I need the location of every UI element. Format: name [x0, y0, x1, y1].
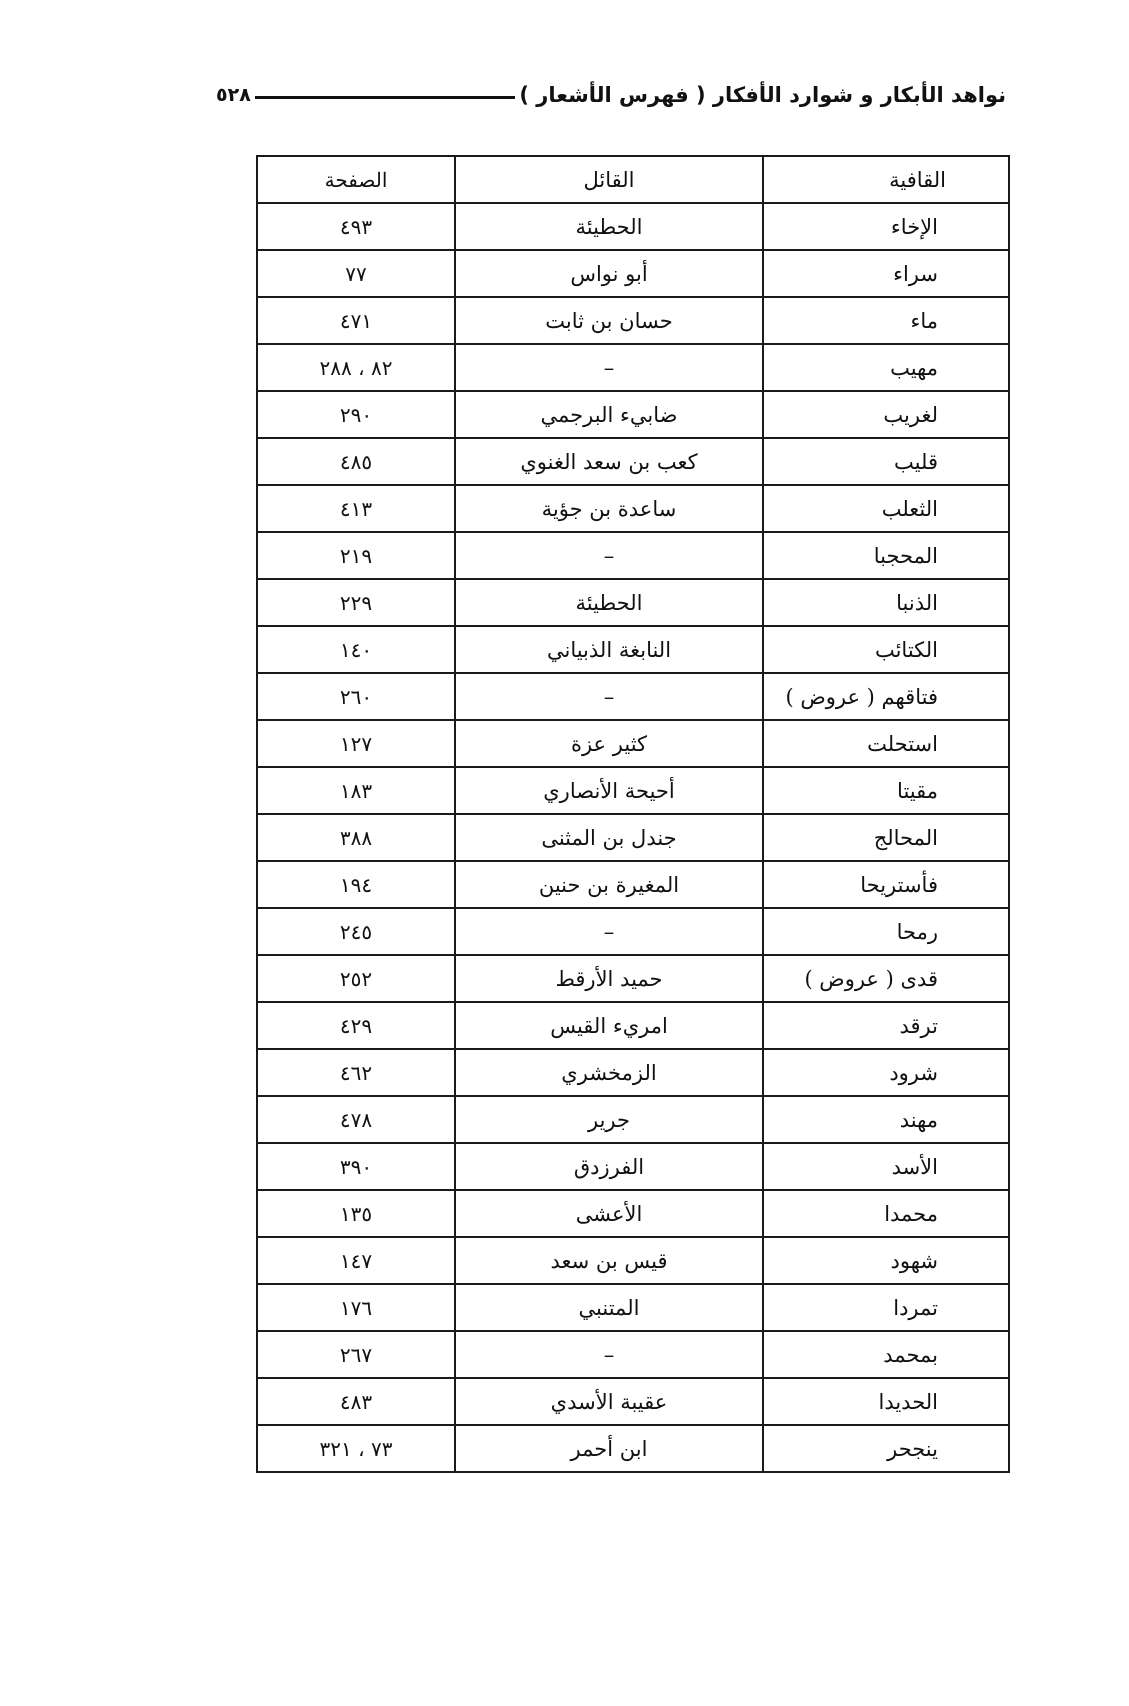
running-head-rule — [255, 96, 516, 99]
rhyme-cell: المحجبا — [763, 532, 1009, 579]
poet-cell: عقيبة الأسدي — [455, 1378, 763, 1425]
rhyme-cell: شهود — [763, 1237, 1009, 1284]
poet-cell: حسان بن ثابت — [455, 297, 763, 344]
table-row: ماءحسان بن ثابت٤٧١ — [257, 297, 1009, 344]
rhyme-cell: ترقد — [763, 1002, 1009, 1049]
rhyme-cell: مهند — [763, 1096, 1009, 1143]
table-row: محمداالأعشى١٣٥ — [257, 1190, 1009, 1237]
page-cell: ٢٢٩ — [257, 579, 455, 626]
rhyme-cell: بمحمد — [763, 1331, 1009, 1378]
poet-cell: ساعدة بن جؤية — [455, 485, 763, 532]
page-cell: ٤٩٣ — [257, 203, 455, 250]
poet-cell: النابغة الذبياني — [455, 626, 763, 673]
rhyme-cell: شرود — [763, 1049, 1009, 1096]
poet-cell: – — [455, 908, 763, 955]
table-row: ينجحرابن أحمر٧٣ ، ٣٢١ — [257, 1425, 1009, 1472]
table-row: الثعلبساعدة بن جؤية٤١٣ — [257, 485, 1009, 532]
poet-cell: المتنبي — [455, 1284, 763, 1331]
poet-cell: الأعشى — [455, 1190, 763, 1237]
table-row: فأستريحاالمغيرة بن حنين١٩٤ — [257, 861, 1009, 908]
rhyme-cell: مهيب — [763, 344, 1009, 391]
page-cell: ٢٤٥ — [257, 908, 455, 955]
table-row: تمرداالمتنبي١٧٦ — [257, 1284, 1009, 1331]
page-cell: ١٧٦ — [257, 1284, 455, 1331]
poet-cell: الزمخشري — [455, 1049, 763, 1096]
rhyme-cell: محمدا — [763, 1190, 1009, 1237]
running-head: نواهد الأبكار و شوارد الأفكار ( فهرس الأ… — [216, 78, 1006, 112]
table-header-row: القافية القائل الصفحة — [257, 156, 1009, 203]
poet-cell: كثير عزة — [455, 720, 763, 767]
table-row: مهندجرير٤٧٨ — [257, 1096, 1009, 1143]
table-row: ترقدامريء القيس٤٢٩ — [257, 1002, 1009, 1049]
table-row: الأسدالفرزدق٣٩٠ — [257, 1143, 1009, 1190]
page-cell: ١٩٤ — [257, 861, 455, 908]
rhyme-cell: الثعلب — [763, 485, 1009, 532]
poet-cell: – — [455, 673, 763, 720]
rhyme-cell: الكتائب — [763, 626, 1009, 673]
table-row: بمحمد–٢٦٧ — [257, 1331, 1009, 1378]
running-head-title: نواهد الأبكار و شوارد الأفكار ( فهرس الأ… — [519, 83, 1006, 107]
poet-cell: الفرزدق — [455, 1143, 763, 1190]
page-cell: ٤٧١ — [257, 297, 455, 344]
page-cell: ٤٨٥ — [257, 438, 455, 485]
table-row: قدى ( عروض )حميد الأرقط٢٥٢ — [257, 955, 1009, 1002]
rhyme-cell: رمحا — [763, 908, 1009, 955]
page-cell: ١٨٣ — [257, 767, 455, 814]
poet-cell: ضابيء البرجمي — [455, 391, 763, 438]
page-cell: ١٤٧ — [257, 1237, 455, 1284]
page-cell: ١٢٧ — [257, 720, 455, 767]
rhyme-cell: سراء — [763, 250, 1009, 297]
table-row: الذنباالحطيئة٢٢٩ — [257, 579, 1009, 626]
poet-cell: أحيحة الأنصاري — [455, 767, 763, 814]
poet-cell: الحطيئة — [455, 579, 763, 626]
table-row: فتاقهم ( عروض )–٢٦٠ — [257, 673, 1009, 720]
table-row: مقيتاأحيحة الأنصاري١٨٣ — [257, 767, 1009, 814]
page-cell: ٨٢ ، ٢٨٨ — [257, 344, 455, 391]
page-cell: ١٤٠ — [257, 626, 455, 673]
rhyme-cell: لغريب — [763, 391, 1009, 438]
table-row: سراءأبو نواس٧٧ — [257, 250, 1009, 297]
poet-cell: – — [455, 344, 763, 391]
page-cell: ٣٨٨ — [257, 814, 455, 861]
rhyme-cell: فأستريحا — [763, 861, 1009, 908]
table-row: لغريبضابيء البرجمي٢٩٠ — [257, 391, 1009, 438]
page-cell: ٢٩٠ — [257, 391, 455, 438]
page-cell: ٢٦٠ — [257, 673, 455, 720]
poet-cell: قيس بن سعد — [455, 1237, 763, 1284]
header-poet: القائل — [455, 156, 763, 203]
table-row: شرودالزمخشري٤٦٢ — [257, 1049, 1009, 1096]
table-body: الإخاءالحطيئة٤٩٣سراءأبو نواس٧٧ماءحسان بن… — [257, 203, 1009, 1472]
page-cell: ١٣٥ — [257, 1190, 455, 1237]
poet-cell: ابن أحمر — [455, 1425, 763, 1472]
rhyme-cell: المحالج — [763, 814, 1009, 861]
rhyme-cell: مقيتا — [763, 767, 1009, 814]
table-row: المحالججندل بن المثنى٣٨٨ — [257, 814, 1009, 861]
page-cell: ٢١٩ — [257, 532, 455, 579]
rhyme-cell: قليب — [763, 438, 1009, 485]
poet-cell: كعب بن سعد الغنوي — [455, 438, 763, 485]
rhyme-cell: الذنبا — [763, 579, 1009, 626]
page-cell: ٤١٣ — [257, 485, 455, 532]
table-row: شهودقيس بن سعد١٤٧ — [257, 1237, 1009, 1284]
table-row: المحجبا–٢١٩ — [257, 532, 1009, 579]
table-row: مهيب–٨٢ ، ٢٨٨ — [257, 344, 1009, 391]
poet-cell: امريء القيس — [455, 1002, 763, 1049]
rhyme-cell: قدى ( عروض ) — [763, 955, 1009, 1002]
table-row: الحديداعقيبة الأسدي٤٨٣ — [257, 1378, 1009, 1425]
page-cell: ٤٧٨ — [257, 1096, 455, 1143]
page-number: ٥٢٨ — [216, 84, 251, 106]
table-row: الإخاءالحطيئة٤٩٣ — [257, 203, 1009, 250]
table-row: الكتائبالنابغة الذبياني١٤٠ — [257, 626, 1009, 673]
rhyme-cell: الحديدا — [763, 1378, 1009, 1425]
poet-cell: حميد الأرقط — [455, 955, 763, 1002]
rhyme-cell: الإخاء — [763, 203, 1009, 250]
poet-cell: جندل بن المثنى — [455, 814, 763, 861]
poet-cell: – — [455, 532, 763, 579]
table-row: قليبكعب بن سعد الغنوي٤٨٥ — [257, 438, 1009, 485]
rhyme-cell: ماء — [763, 297, 1009, 344]
rhyme-cell: ينجحر — [763, 1425, 1009, 1472]
page-cell: ٢٦٧ — [257, 1331, 455, 1378]
header-rhyme: القافية — [763, 156, 1009, 203]
poet-cell: المغيرة بن حنين — [455, 861, 763, 908]
table-row: استحلتكثير عزة١٢٧ — [257, 720, 1009, 767]
table-row: رمحا–٢٤٥ — [257, 908, 1009, 955]
rhyme-cell: فتاقهم ( عروض ) — [763, 673, 1009, 720]
page-cell: ٤٦٢ — [257, 1049, 455, 1096]
poet-cell: – — [455, 1331, 763, 1378]
poet-cell: أبو نواس — [455, 250, 763, 297]
page-cell: ٧٧ — [257, 250, 455, 297]
header-page: الصفحة — [257, 156, 455, 203]
poetry-index-table: القافية القائل الصفحة الإخاءالحطيئة٤٩٣سر… — [256, 155, 1010, 1473]
rhyme-cell: تمردا — [763, 1284, 1009, 1331]
page-cell: ٤٢٩ — [257, 1002, 455, 1049]
poet-cell: الحطيئة — [455, 203, 763, 250]
page-cell: ٤٨٣ — [257, 1378, 455, 1425]
page-cell: ٢٥٢ — [257, 955, 455, 1002]
page-cell: ٣٩٠ — [257, 1143, 455, 1190]
rhyme-cell: استحلت — [763, 720, 1009, 767]
poet-cell: جرير — [455, 1096, 763, 1143]
rhyme-cell: الأسد — [763, 1143, 1009, 1190]
page-cell: ٧٣ ، ٣٢١ — [257, 1425, 455, 1472]
